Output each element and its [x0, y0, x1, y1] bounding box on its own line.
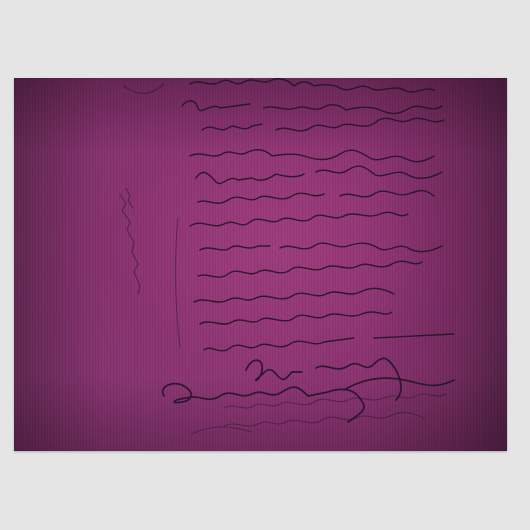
product-image-card	[14, 78, 507, 451]
handwritten-script	[14, 78, 507, 451]
